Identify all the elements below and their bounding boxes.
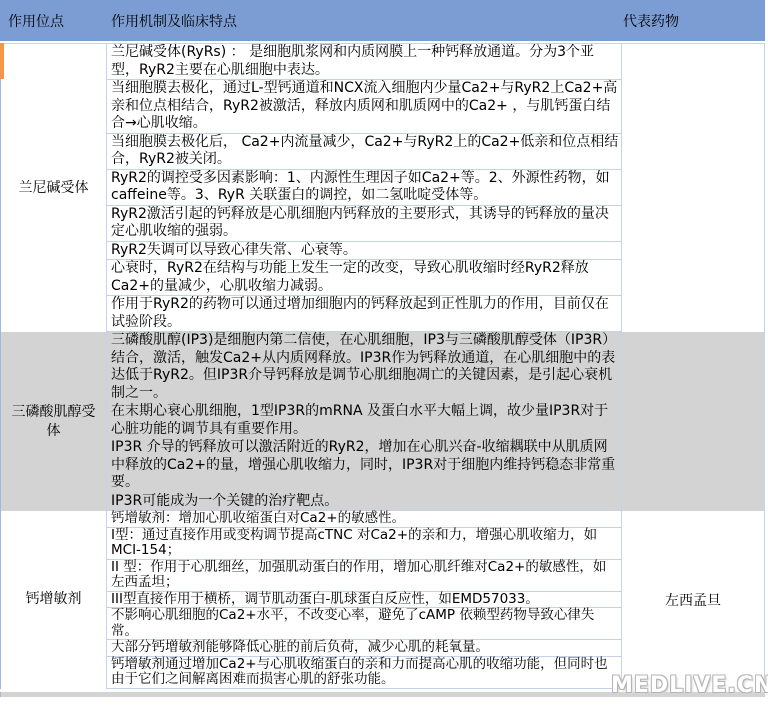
drug-cell (621, 332, 765, 511)
header-cell-mechanism: 作用机制及临床特点 (106, 11, 620, 31)
table-row: RyR2激活引起的钙释放是心肌细胞内钙释放的主要形式，其诱导的钙释放的量决定心肌… (107, 206, 621, 242)
table-row: 钙增敏剂通过增加Ca2+与心肌收缩蛋白的亲和力而提高心肌的收缩功能，但同时也由于… (107, 657, 621, 689)
table-row: 不影响心肌细胞的Ca2+水平，不改变心率，避免了cAMP 依赖型药物导致心律失常… (107, 608, 621, 640)
mechanism-cells: 钙增敏剂：增加心肌收缩蛋白对Ca2+的敏感性。 I型：通过直接作用或变构调节提高… (107, 511, 621, 689)
table-row: I型：通过直接作用或变构调节提高cTNC 对Ca2+的亲和力，增强心肌收缩力，如… (107, 528, 621, 560)
table-row: IP3R 介导的钙释放可以激活附近的RyR2，增加在心肌兴奋-收缩耦联中从肌质网… (107, 439, 621, 493)
section-ip3-receptor: 三磷酸肌醇受体 三磷酸肌醇(IP3)是细胞内第二信使，在心肌细胞，IP3与三磷酸… (0, 332, 765, 511)
table-row: III型直接作用于横桥，调节肌动蛋白-肌球蛋白反应性，如EMD57033。 (107, 592, 621, 609)
page: 作用位点 作用机制及临床特点 代表药物 兰尼碱受体 兰尼碱受体(RyRs) ： … (0, 0, 768, 710)
row-selection-marker (0, 43, 4, 79)
drug-mechanism-table: 作用位点 作用机制及临床特点 代表药物 兰尼碱受体 兰尼碱受体(RyRs) ： … (0, 0, 765, 697)
drug-cell (621, 44, 765, 332)
table-row: 大部分钙增敏剂能够降低心脏的前后负荷，减少心肌的耗氧量。 (107, 640, 621, 657)
table-row: RyR2失调可以导致心律失常、心衰等。 (107, 242, 621, 261)
drug-cell: 左西孟旦 (621, 511, 765, 689)
table-row: 兰尼碱受体(RyRs) ： 是细胞肌浆网和内质网膜上一种钙释放通道。分为3个亚型… (107, 44, 621, 80)
table-row: IP3R可能成为一个关键的治疗靶点。 (107, 493, 621, 512)
mechanism-cells: 三磷酸肌醇(IP3)是细胞内第二信使，在心肌细胞，IP3与三磷酸肌醇受体（IP3… (107, 332, 621, 511)
site-cell: 兰尼碱受体 (1, 44, 107, 332)
table-row: 在末期心衰心肌细胞，1型IP3R的mRNA 及蛋白水平大幅上调，故少量IP3R对… (107, 403, 621, 439)
table-row: 当细胞膜去极化后， Ca2+内流量减少，Ca2+与RyR2上的Ca2+低亲和位点… (107, 134, 621, 170)
mechanism-cells: 兰尼碱受体(RyRs) ： 是细胞肌浆网和内质网膜上一种钙释放通道。分为3个亚型… (107, 44, 621, 332)
medlive-watermark: MEDLIVE.CN (611, 673, 768, 698)
table-header-row: 作用位点 作用机制及临床特点 代表药物 (0, 0, 765, 41)
header-cell-drug: 代表药物 (620, 11, 765, 31)
site-cell: 三磷酸肌醇受体 (1, 332, 107, 511)
table-row: 作用于RyR2的药物可以通过增加细胞内的钙释放起到正性肌力的作用，目前仅在试验阶… (107, 296, 621, 332)
header-cell-site: 作用位点 (0, 11, 106, 31)
table-row: 三磷酸肌醇(IP3)是细胞内第二信使，在心肌细胞，IP3与三磷酸肌醇受体（IP3… (107, 332, 621, 403)
table-row: II 型：作用于心肌细丝，加强肌动蛋白的作用，增加心肌纤维对Ca2+的敏感性，如… (107, 560, 621, 592)
table-row: 心衰时，RyR2在结构与功能上发生一定的改变，导致心肌收缩时经RyR2释放Ca2… (107, 260, 621, 296)
table-row: 钙增敏剂：增加心肌收缩蛋白对Ca2+的敏感性。 (107, 511, 621, 528)
section-ryanodine-receptor: 兰尼碱受体 兰尼碱受体(RyRs) ： 是细胞肌浆网和内质网膜上一种钙释放通道。… (0, 43, 765, 332)
site-cell: 钙增敏剂 (1, 511, 107, 689)
table-row: 当细胞膜去极化，通过L-型钙通道和NCX流入细胞内少量Ca2+与RyR2上Ca2… (107, 80, 621, 134)
table-row: RyR2的调控受多因素影响：1、内源性生理因子如Ca2+等。2、外源性药物，如c… (107, 170, 621, 206)
table-body: 兰尼碱受体 兰尼碱受体(RyRs) ： 是细胞肌浆网和内质网膜上一种钙释放通道。… (0, 43, 765, 697)
section-calcium-sensitizer: 钙增敏剂 钙增敏剂：增加心肌收缩蛋白对Ca2+的敏感性。 I型：通过直接作用或变… (0, 511, 765, 689)
